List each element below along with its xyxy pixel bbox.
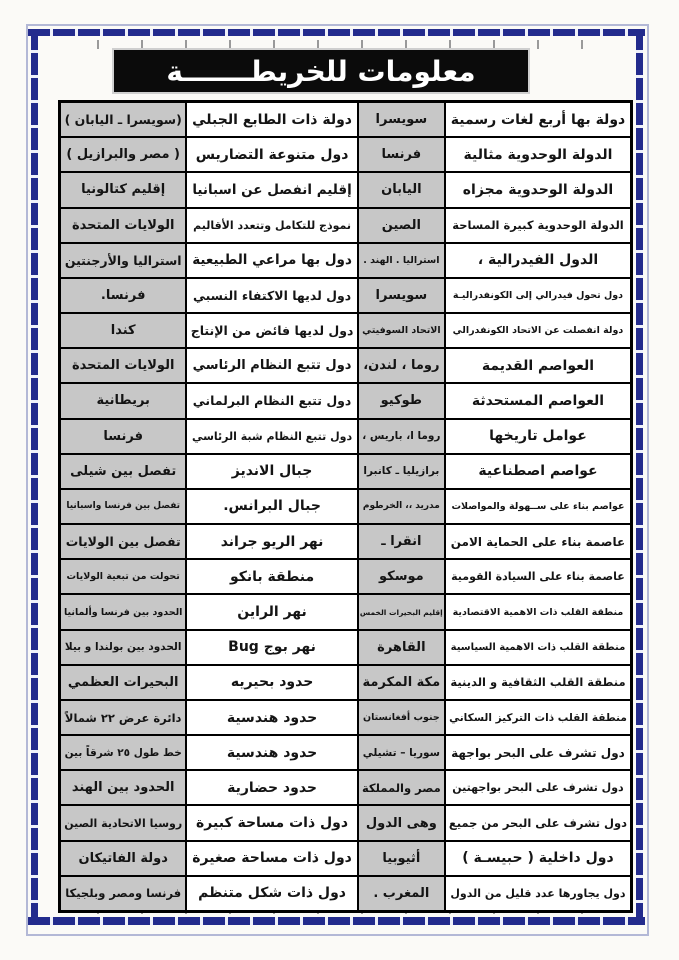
answer-cell: روما ، لندن،: [359, 349, 444, 382]
answer-cell: برازيليا ـ كانبرا: [359, 455, 444, 488]
question-cell: حدود بحيريه: [187, 666, 356, 699]
answer-cell: تفصل بين الولايات: [61, 525, 185, 558]
answer-cell: كندا: [61, 314, 185, 347]
answer-cell: دولة الفاتيكان: [61, 842, 185, 875]
title-banner: معلومات للخريطـــــــة: [112, 48, 530, 94]
answer-cell: سويسرا: [359, 279, 444, 312]
answer-cell: الاتحاد السوفيتي: [359, 314, 444, 347]
answer-cell: فرنسا: [359, 138, 444, 171]
answer-cell: مصر والمملكة: [359, 771, 444, 804]
question-cell: جبال البرانس.: [187, 490, 356, 523]
answer-cell: تحولت من تبعية الولايات: [61, 560, 185, 593]
question-cell: منطقة القلب ذات الاهمية السياسية: [446, 631, 630, 664]
page-border-top: [28, 29, 645, 36]
answer-cell: (سويسرا ـ اليابان ): [61, 103, 185, 136]
answer-cell: بريطانية: [61, 384, 185, 417]
answer-cell: أثيوبيا: [359, 842, 444, 875]
answer-cell: تفصل بين شيلى: [61, 455, 185, 488]
answer-cell: فرنسا: [61, 420, 185, 453]
question-cell: الدولة الوحدوية مجزاه: [446, 173, 630, 206]
question-cell: دول ذات مساحة كبيرة: [187, 806, 356, 839]
answer-cell: فرنسا ومصر وبلجيكا: [61, 877, 185, 910]
answer-cell: استراليا والأرجنتين: [61, 244, 185, 277]
question-cell: دول داخلية ( حبيسـة ): [446, 842, 630, 875]
question-cell: نهر الراين: [187, 595, 356, 628]
answer-cell: اليابان: [359, 173, 444, 206]
question-cell: دول تشرف على البحر بواجهتين: [446, 771, 630, 804]
page-title: معلومات للخريطـــــــة: [166, 55, 475, 88]
question-cell: الدولة الوحدوية كبيرة المساحة: [446, 209, 630, 242]
page-border-bottom: [28, 917, 645, 925]
page-border-right: [636, 29, 643, 925]
answer-cell: الحدود بين الهند: [61, 771, 185, 804]
question-cell: دول تشرف على البحر من جميع: [446, 806, 630, 839]
question-cell: دولة انفصلت عن الاتحاد الكونفدرالي: [446, 314, 630, 347]
question-cell: حدود هندسية: [187, 736, 356, 769]
question-cell: نهر الريو جراند: [187, 525, 356, 558]
question-cell: دولة ذات الطابع الجبلي: [187, 103, 356, 136]
question-cell: عاصمة بناء على الحماية الامن: [446, 525, 630, 558]
question-cell: عواصم بناء على ســهولة والمواصلات: [446, 490, 630, 523]
question-cell: حدود هندسية: [187, 701, 356, 734]
answer-cell: وهى الدول: [359, 806, 444, 839]
question-cell: عوامل تاريخها: [446, 420, 630, 453]
question-cell: جبال الانديز: [187, 455, 356, 488]
question-cell: دول لديها فائض من الإنتاج: [187, 314, 356, 347]
question-cell: دول بها مراعي الطبيعية: [187, 244, 356, 277]
answer-cell: جنوب أفغانستان: [359, 701, 444, 734]
question-cell: منطقة القلب الثقافية و الدينية: [446, 666, 630, 699]
answer-cell: انقرا ـ: [359, 525, 444, 558]
question-cell: الدول الفيدرالية ،: [446, 244, 630, 277]
answer-cell: طوكيو: [359, 384, 444, 417]
answer-cell: دائرة عرض ٢٢ شمالاً: [61, 701, 185, 734]
answer-cell: استراليا . الهند .: [359, 244, 444, 277]
answer-cell: البحيرات العظمي: [61, 666, 185, 699]
answer-cell: المغرب .: [359, 877, 444, 910]
question-cell: دول متنوعة التضاريس: [187, 138, 356, 171]
question-cell: عواصم اصطناعية: [446, 455, 630, 488]
answer-cell: خط طول ٢٥ شرقاً بين: [61, 736, 185, 769]
info-table: دولة بها أربع لغات رسمية سويسرا دولة ذات…: [58, 100, 633, 913]
question-cell: العواصم المستحدثة: [446, 384, 630, 417]
question-cell: دول تشرف على البحر بواجهة: [446, 736, 630, 769]
page-border-left: [31, 29, 38, 925]
answer-cell: الحدود بين بولندا و بيلا: [61, 631, 185, 664]
question-cell: دول يجاورها عدد قليل من الدول: [446, 877, 630, 910]
question-cell: حدود حضارية: [187, 771, 356, 804]
answer-cell: سوريا – تشيلي: [359, 736, 444, 769]
answer-cell: سويسرا: [359, 103, 444, 136]
question-cell: نهر بوج Bug: [187, 631, 356, 664]
question-cell: الدولة الوحدوية مثالية: [446, 138, 630, 171]
question-cell: منطقة بانكو: [187, 560, 356, 593]
answer-cell: روسيا الاتحادية الصين: [61, 806, 185, 839]
answer-cell: الولايات المتحدة: [61, 209, 185, 242]
answer-cell: ( مصر والبرازيل ): [61, 138, 185, 171]
answer-cell: إقليم كتالونيا: [61, 173, 185, 206]
question-cell: دول تتبع النظام شبة الرئاسي: [187, 420, 356, 453]
answer-cell: مدريد ،، الخرطوم: [359, 490, 444, 523]
question-cell: دول ذات مساحة صغيرة: [187, 842, 356, 875]
question-cell: دولة بها أربع لغات رسمية: [446, 103, 630, 136]
question-cell: نموذج للتكامل وتتعدد الأقاليم: [187, 209, 356, 242]
question-cell: عاصمة بناء على السيادة القومية: [446, 560, 630, 593]
answer-cell: إقليم البحيرات الخمس: [359, 595, 444, 628]
question-cell: دول تتبع النظام الرئاسي: [187, 349, 356, 382]
answer-cell: روما ا، باريس ،: [359, 420, 444, 453]
question-cell: إقليم انفصل عن اسبانيا: [187, 173, 356, 206]
question-cell: دول ذات شكل متنظم: [187, 877, 356, 910]
worksheet-page: معلومات للخريطـــــــة دولة بها أربع لغا…: [0, 0, 679, 960]
answer-cell: تفصل بين فرنسا واسبانيا: [61, 490, 185, 523]
answer-cell: مكة المكرمة: [359, 666, 444, 699]
answer-cell: الولايات المتحدة: [61, 349, 185, 382]
answer-cell: فرنسا.: [61, 279, 185, 312]
answer-cell: موسكو: [359, 560, 444, 593]
question-cell: منطقة القلب ذات الاهمية الاقتصادية: [446, 595, 630, 628]
answer-cell: الصين: [359, 209, 444, 242]
answer-cell: الحدود بين فرنسا وألمانيا: [61, 595, 185, 628]
question-cell: دول لديها الاكتفاء النسبي: [187, 279, 356, 312]
question-cell: دول تحول فيدرالي إلى الكونفدراليـة: [446, 279, 630, 312]
question-cell: منطقة القلب ذات التركيز السكاني: [446, 701, 630, 734]
answer-cell: القاهرة: [359, 631, 444, 664]
question-cell: دول تتبع النظام البرلماني: [187, 384, 356, 417]
question-cell: العواصم القديمة: [446, 349, 630, 382]
